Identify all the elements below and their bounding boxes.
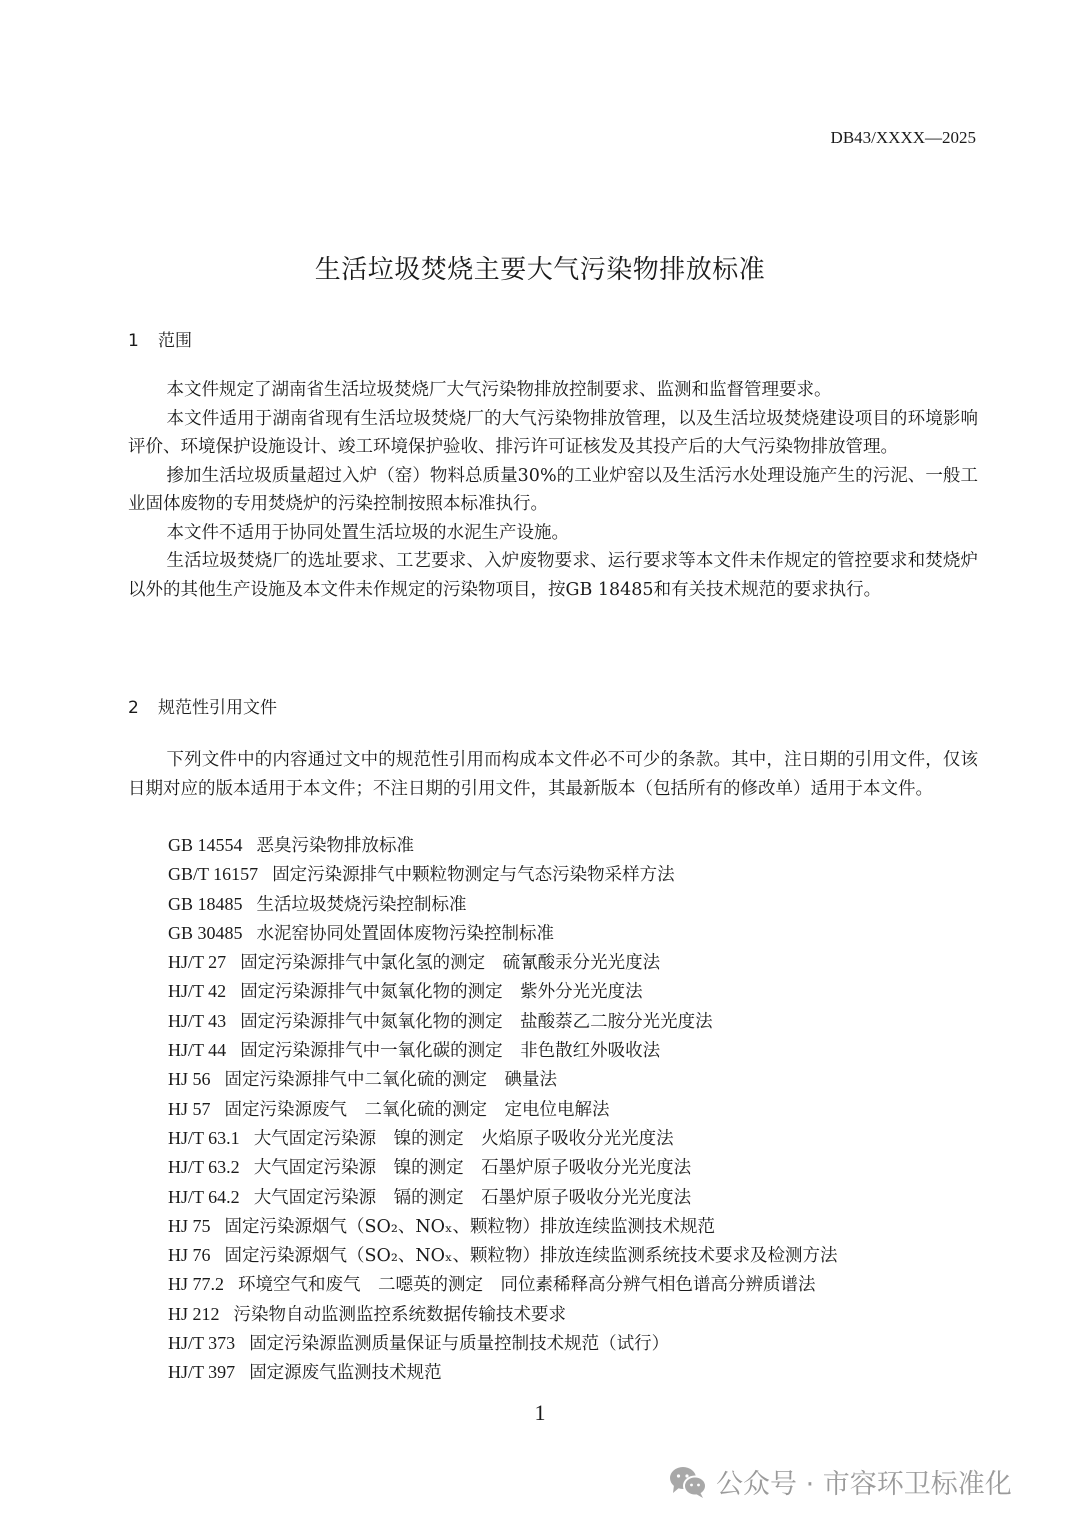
reference-code: HJ 212 (168, 1304, 220, 1324)
reference-code: HJ 77.2 (168, 1274, 224, 1294)
watermark: 公众号 · 市容环卫标准化 (668, 1462, 1012, 1501)
reference-title: 污染物自动监测监控系统数据传输技术要求 (234, 1305, 567, 1325)
reference-title: 环境空气和废气 二噁英的测定 同位素稀释高分辨气相色谱高分辨质谱法 (238, 1275, 816, 1295)
paragraph: 本文件不适用于协同处置生活垃圾的水泥生产设施。 (128, 519, 978, 548)
reference-code: HJ 76 (168, 1245, 211, 1265)
reference-item: HJ 77.2环境空气和废气 二噁英的测定 同位素稀释高分辨气相色谱高分辨质谱法 (168, 1270, 837, 1299)
reference-code: HJ/T 63.2 (168, 1157, 240, 1177)
reference-code: HJ/T 42 (168, 981, 226, 1001)
reference-title: 固定污染源监测质量保证与质量控制技术规范（试行） (249, 1334, 669, 1354)
reference-item: HJ 76固定污染源烟气（SO₂、NOₓ、颗粒物）排放连续监测系统技术要求及检测… (168, 1241, 837, 1270)
reference-code: HJ/T 397 (168, 1362, 235, 1382)
paragraph: 本文件适用于湖南省现有生活垃圾焚烧厂的大气污染物排放管理，以及生活垃圾焚烧建设项… (128, 405, 978, 462)
reference-code: HJ/T 27 (168, 952, 226, 972)
paragraph: 下列文件中的内容通过文中的规范性引用而构成本文件必不可少的条款。其中，注日期的引… (128, 746, 978, 803)
reference-title: 水泥窑协同处置固体废物污染控制标准 (257, 924, 555, 944)
reference-title: 固定污染源排气中二氧化硫的测定 碘量法 (225, 1070, 558, 1090)
reference-code: HJ/T 373 (168, 1333, 235, 1353)
reference-item: HJ/T 27固定污染源排气中氯化氢的测定 硫氰酸汞分光光度法 (168, 948, 837, 977)
watermark-text: 公众号 · 市容环卫标准化 (716, 1462, 1012, 1501)
reference-title: 固定污染源烟气（SO₂、NOₓ、颗粒物）排放连续监测系统技术要求及检测方法 (225, 1246, 838, 1266)
reference-code: HJ 75 (168, 1216, 211, 1236)
section-number: 2 (128, 698, 158, 718)
reference-title: 固定污染源废气 二氧化硫的测定 定电位电解法 (225, 1100, 610, 1120)
reference-title: 大气固定污染源 镉的测定 石墨炉原子吸收分光光度法 (254, 1188, 692, 1208)
reference-title: 生活垃圾焚烧污染控制标准 (257, 895, 467, 915)
reference-item: HJ/T 373固定污染源监测质量保证与质量控制技术规范（试行） (168, 1329, 837, 1358)
reference-item: HJ 57固定污染源废气 二氧化硫的测定 定电位电解法 (168, 1095, 837, 1124)
section-scope-body: 本文件规定了湖南省生活垃圾焚烧厂大气污染物排放控制要求、监测和监督管理要求。 本… (128, 376, 978, 604)
reference-title: 恶臭污染物排放标准 (257, 836, 415, 856)
reference-title: 固定源废气监测技术规范 (249, 1363, 442, 1383)
reference-code: HJ 57 (168, 1099, 211, 1119)
reference-item: HJ 56固定污染源排气中二氧化硫的测定 碘量法 (168, 1065, 837, 1094)
document-code: DB43/XXXX—2025 (831, 128, 976, 148)
reference-code: GB/T 16157 (168, 864, 258, 884)
reference-item: HJ/T 63.2大气固定污染源 镍的测定 石墨炉原子吸收分光光度法 (168, 1153, 837, 1182)
section-heading-scope: 1范围 (128, 326, 192, 351)
reference-title: 大气固定污染源 镍的测定 石墨炉原子吸收分光光度法 (254, 1158, 692, 1178)
reference-code: HJ/T 64.2 (168, 1187, 240, 1207)
reference-item: HJ/T 42固定污染源排气中氮氧化物的测定 紫外分光光度法 (168, 977, 837, 1006)
reference-item: HJ 212污染物自动监测监控系统数据传输技术要求 (168, 1300, 837, 1329)
wechat-icon (668, 1465, 708, 1499)
reference-item: GB/T 16157固定污染源排气中颗粒物测定与气态污染物采样方法 (168, 860, 837, 889)
section-heading-normative-references: 2规范性引用文件 (128, 693, 277, 718)
reference-title: 固定污染源排气中颗粒物测定与气态污染物采样方法 (272, 865, 675, 885)
paragraph: 本文件规定了湖南省生活垃圾焚烧厂大气污染物排放控制要求、监测和监督管理要求。 (128, 376, 978, 405)
reference-code: GB 30485 (168, 923, 243, 943)
paragraph: 掺加生活垃圾质量超过入炉（窑）物料总质量30%的工业炉窑以及生活污水处理设施产生… (128, 462, 978, 519)
reference-title: 固定污染源排气中氮氧化物的测定 紫外分光光度法 (240, 982, 643, 1002)
reference-code: HJ 56 (168, 1069, 211, 1089)
reference-item: GB 14554恶臭污染物排放标准 (168, 831, 837, 860)
reference-title: 固定污染源排气中一氧化碳的测定 非色散红外吸收法 (240, 1041, 660, 1061)
reference-title: 固定污染源排气中氯化氢的测定 硫氰酸汞分光光度法 (240, 953, 660, 973)
section-title: 规范性引用文件 (158, 698, 277, 718)
document-title: 生活垃圾焚烧主要大气污染物排放标准 (0, 249, 1080, 286)
reference-code: HJ/T 44 (168, 1040, 226, 1060)
reference-title: 固定污染源烟气（SO₂、NOₓ、颗粒物）排放连续监测技术规范 (225, 1217, 715, 1237)
reference-code: GB 18485 (168, 894, 243, 914)
section-title: 范围 (158, 331, 192, 351)
page-number: 1 (0, 1400, 1080, 1426)
reference-title: 大气固定污染源 镍的测定 火焰原子吸收分光光度法 (254, 1129, 674, 1149)
reference-item: HJ/T 63.1大气固定污染源 镍的测定 火焰原子吸收分光光度法 (168, 1124, 837, 1153)
reference-item: HJ 75固定污染源烟气（SO₂、NOₓ、颗粒物）排放连续监测技术规范 (168, 1212, 837, 1241)
paragraph: 生活垃圾焚烧厂的选址要求、工艺要求、入炉废物要求、运行要求等本文件未作规定的管控… (128, 547, 978, 604)
reference-item: HJ/T 43固定污染源排气中氮氧化物的测定 盐酸萘乙二胺分光光度法 (168, 1007, 837, 1036)
reference-code: GB 14554 (168, 835, 243, 855)
reference-item: GB 18485生活垃圾焚烧污染控制标准 (168, 890, 837, 919)
reference-item: HJ/T 44固定污染源排气中一氧化碳的测定 非色散红外吸收法 (168, 1036, 837, 1065)
reference-code: HJ/T 43 (168, 1011, 226, 1031)
reference-title: 固定污染源排气中氮氧化物的测定 盐酸萘乙二胺分光光度法 (240, 1012, 713, 1032)
reference-item: HJ/T 397固定源废气监测技术规范 (168, 1358, 837, 1387)
reference-item: GB 30485水泥窑协同处置固体废物污染控制标准 (168, 919, 837, 948)
section-number: 1 (128, 331, 158, 351)
reference-item: HJ/T 64.2大气固定污染源 镉的测定 石墨炉原子吸收分光光度法 (168, 1183, 837, 1212)
section-references-body: 下列文件中的内容通过文中的规范性引用而构成本文件必不可少的条款。其中，注日期的引… (128, 746, 978, 803)
reference-list: GB 14554恶臭污染物排放标准 GB/T 16157固定污染源排气中颗粒物测… (168, 831, 837, 1388)
reference-code: HJ/T 63.1 (168, 1128, 240, 1148)
